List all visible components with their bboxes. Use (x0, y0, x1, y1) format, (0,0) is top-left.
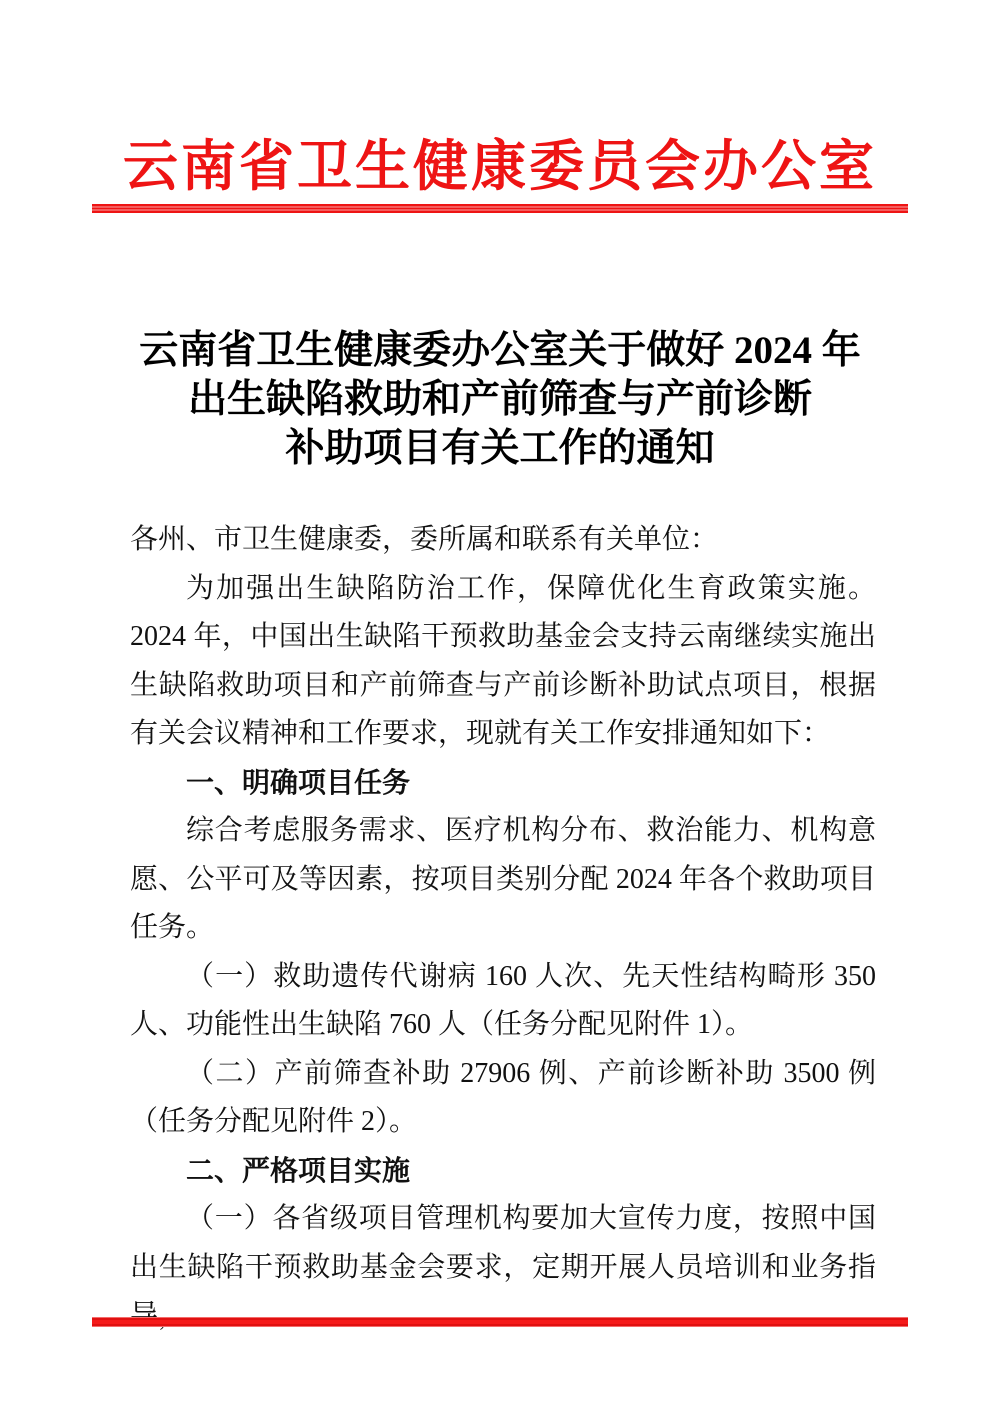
paragraph-intro: 为加强出生缺陷防治工作，保障优化生育政策实施。2024 年，中国出生缺陷干预救助… (130, 565, 876, 759)
document-page: 云南省卫生健康委员会办公室 云南省卫生健康委办公室关于做好 2024 年 出生缺… (0, 0, 1000, 1414)
letterhead-title: 云南省卫生健康委员会办公室 (0, 122, 1000, 201)
section-heading-1: 一、明确项目任务 (130, 759, 876, 808)
salutation: 各州、市卫生健康委，委所属和联系有关单位： (130, 516, 876, 565)
section-heading-2: 二、严格项目实施 (130, 1147, 876, 1196)
document-title-line-2: 出生缺陷救助和产前筛查与产前诊断 (0, 375, 1000, 424)
document-title-line-1: 云南省卫生健康委办公室关于做好 2024 年 (0, 326, 1000, 375)
letterhead-red-rule (92, 204, 908, 213)
document-title-line-3: 补助项目有关工作的通知 (0, 424, 1000, 473)
document-title: 云南省卫生健康委办公室关于做好 2024 年 出生缺陷救助和产前筛查与产前诊断 … (0, 326, 1000, 473)
document-body: 各州、市卫生健康委，委所属和联系有关单位： 为加强出生缺陷防治工作，保障优化生育… (130, 516, 876, 1341)
footer-red-rule (92, 1317, 908, 1327)
paragraph-task-item-1: （一）救助遗传代谢病 160 人次、先天性结构畸形 350 人、功能性出生缺陷 … (130, 953, 876, 1050)
paragraph-task-item-2: （二）产前筛查补助 27906 例、产前诊断补助 3500 例（任务分配见附件 … (130, 1050, 876, 1147)
paragraph-task-overview: 综合考虑服务需求、医疗机构分布、救治能力、机构意愿、公平可及等因素，按项目类别分… (130, 807, 876, 953)
